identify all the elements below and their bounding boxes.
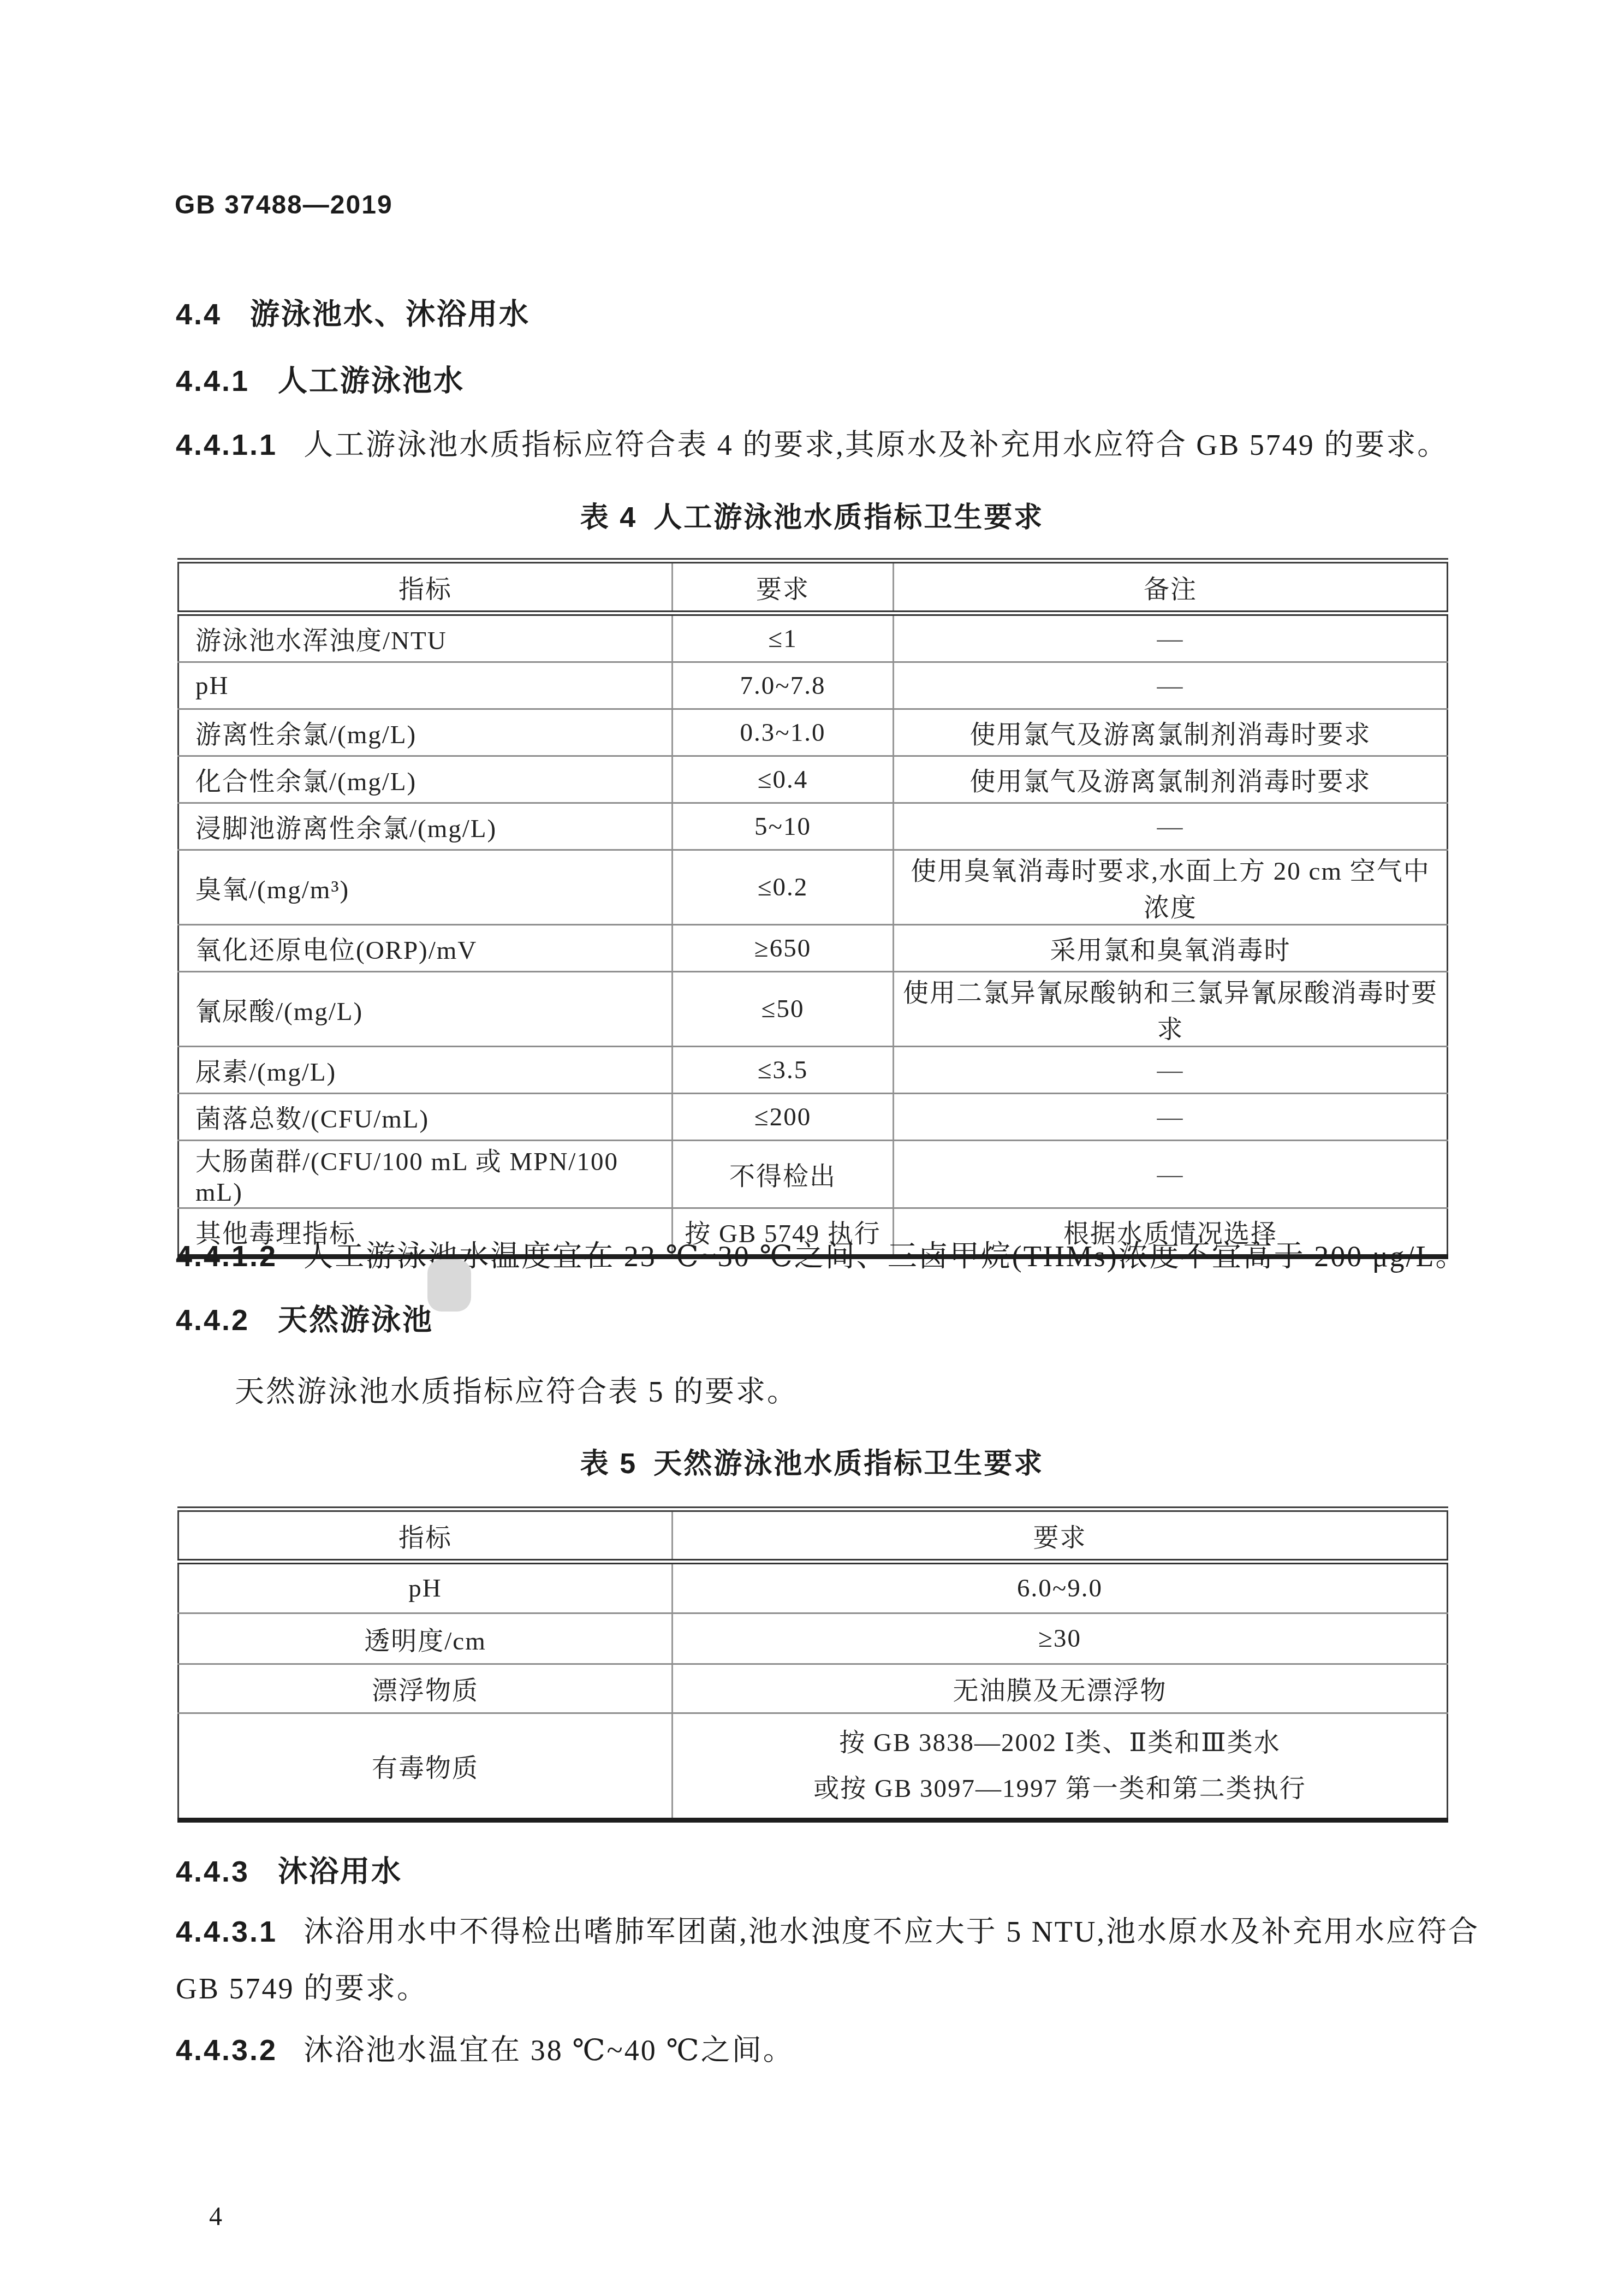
section-title: 沐浴用水 [278,1855,402,1888]
table-artificial-pool-indicators: 指标要求备注游泳池水浑浊度/NTU≤1—pH7.0~7.8—游离性余氯/(mg/… [177,558,1448,1259]
table-cell: — [894,1094,1448,1141]
table-cell: 浸脚池游离性余氯/(mg/L) [179,803,673,850]
table5-caption-label: 表 5 [580,1448,637,1480]
table-row: 浸脚池游离性余氯/(mg/L)5~10— [179,803,1448,850]
table-cell: 5~10 [673,803,894,850]
table-row: 尿素/(mg/L)≤3.5— [179,1047,1448,1094]
table-natural-pool-indicators: 指标要求pH6.0~9.0透明度/cm≥30漂浮物质无油膜及无漂浮物有毒物质按 … [177,1506,1448,1823]
table-row: 透明度/cm≥30 [179,1613,1448,1664]
section-heading-4-4-1: 4.4.1人工游泳池水 [176,358,465,400]
paragraph-4-4-2: 天然游泳池水质指标应符合表 5 的要求。 [235,1368,798,1410]
section-heading-4-4-3: 4.4.3沐浴用水 [176,1848,402,1890]
table-header-cell: 要求 [673,1509,1448,1562]
table4-caption: 表 4人工游泳池水质指标卫生要求 [177,494,1447,535]
table-header-cell: 要求 [673,561,894,613]
table-cell: — [894,803,1448,850]
table-row: 游离性余氯/(mg/L)0.3~1.0使用氯气及游离氯制剂消毒时要求 [179,709,1448,756]
table-cell: ≤0.2 [673,850,894,925]
document-page: GB 37488—2019 4.4游泳池水、沐浴用水 4.4.1人工游泳池水 4… [0,0,1624,2296]
table-row: 氰尿酸/(mg/L)≤50使用二氯异氰尿酸钠和三氯异氰尿酸消毒时要求 [179,972,1448,1047]
paragraph-4-4-3-2: 4.4.3.2沐浴池水温宜在 38 ℃~40 ℃之间。 [176,2027,794,2069]
table-cell-line: 按 GB 3838—2002 Ⅰ类、Ⅱ类和Ⅲ类水 [680,1720,1440,1766]
page-number: 4 [209,2202,222,2232]
table-cell: 使用二氯异氰尿酸钠和三氯异氰尿酸消毒时要求 [894,972,1448,1047]
table-row: 有毒物质按 GB 3838—2002 Ⅰ类、Ⅱ类和Ⅲ类水或按 GB 3097—1… [179,1713,1448,1820]
table-cell: 使用臭氧消毒时要求,水面上方 20 cm 空气中浓度 [894,850,1448,925]
table-cell: 透明度/cm [179,1613,673,1664]
table-cell: 使用氯气及游离氯制剂消毒时要求 [894,709,1448,756]
section-number: 4.4.2 [176,1304,249,1337]
section-number: 4.4.3 [176,1855,249,1888]
section-number: 4.4 [176,298,222,331]
clause-line-2: GB 5749 的要求。 [176,1960,1479,2017]
table-cell: ≤200 [673,1094,894,1141]
table-row: 氧化还原电位(ORP)/mV≥650采用氯和臭氧消毒时 [179,925,1448,972]
table-cell: 无油膜及无漂浮物 [673,1664,1448,1713]
table-cell: 游离性余氯/(mg/L) [179,709,673,756]
table5-caption: 表 5天然游泳池水质指标卫生要求 [177,1440,1447,1481]
table-header-row: 指标要求备注 [179,561,1448,613]
table-header-cell: 指标 [179,561,673,613]
table-cell: 采用氯和臭氧消毒时 [894,925,1448,972]
table4-caption-label: 表 4 [580,502,637,533]
clause-number: 4.4.1.1 [176,429,277,461]
clause-text: 沐浴池水温宜在 38 ℃~40 ℃之间。 [304,2034,794,2067]
table-cell: — [894,1047,1448,1094]
table-cell: 漂浮物质 [179,1664,673,1713]
clause-number: 4.4.1.2 [176,1240,277,1273]
table-row: 漂浮物质无油膜及无漂浮物 [179,1664,1448,1713]
paragraph-4-4-3-1: 4.4.3.1沐浴用水中不得检出嗜肺军团菌,池水浊度不应大于 5 NTU,池水原… [176,1903,1479,2017]
table-cell: 氧化还原电位(ORP)/mV [179,925,673,972]
table-cell: 化合性余氯/(mg/L) [179,756,673,803]
table-cell: 臭氧/(mg/m³) [179,850,673,925]
section-title: 人工游泳池水 [278,365,465,398]
table-cell: 7.0~7.8 [673,662,894,709]
section-heading-4-4: 4.4游泳池水、沐浴用水 [176,291,530,333]
table-cell: 有毒物质 [179,1713,673,1820]
table-row: pH7.0~7.8— [179,662,1448,709]
table-row: 游泳池水浑浊度/NTU≤1— [179,613,1448,662]
table-row: 化合性余氯/(mg/L)≤0.4使用氯气及游离氯制剂消毒时要求 [179,756,1448,803]
table-cell: — [894,613,1448,662]
table-cell: ≤3.5 [673,1047,894,1094]
table-cell: 尿素/(mg/L) [179,1047,673,1094]
section-title: 游泳池水、沐浴用水 [250,298,530,331]
table5-caption-text: 天然游泳池水质指标卫生要求 [653,1448,1044,1480]
table-cell: 使用氯气及游离氯制剂消毒时要求 [894,756,1448,803]
table-row: 大肠菌群/(CFU/100 mL 或 MPN/100 mL)不得检出— [179,1141,1448,1208]
section-title: 天然游泳池 [278,1304,433,1337]
clause-text: 人工游泳池水质指标应符合表 4 的要求,其原水及补充用水应符合 GB 5749 … [304,429,1448,461]
section-number: 4.4.1 [176,365,249,398]
clause-text: 人工游泳池水温度宜在 23 ℃~30 ℃之间、三卤甲烷(THMs)浓度不宜高于 … [304,1240,1466,1273]
table-row: 臭氧/(mg/m³)≤0.2使用臭氧消毒时要求,水面上方 20 cm 空气中浓度 [179,850,1448,925]
clause-number: 4.4.3.1 [176,1915,277,1948]
table-cell: pH [179,1562,673,1613]
clause-line-1: 4.4.3.1沐浴用水中不得检出嗜肺军团菌,池水浊度不应大于 5 NTU,池水原… [176,1903,1479,1960]
table-header-cell: 指标 [179,1509,673,1562]
section-heading-4-4-2: 4.4.2天然游泳池 [176,1297,433,1339]
clause-text: GB 5749 的要求。 [176,1972,428,2005]
doc-code: GB 37488—2019 [175,190,393,220]
paragraph-4-4-1-2: 4.4.1.2人工游泳池水温度宜在 23 ℃~30 ℃之间、三卤甲烷(THMs)… [176,1233,1467,1275]
table-cell: 大肠菌群/(CFU/100 mL 或 MPN/100 mL) [179,1141,673,1208]
table-cell: — [894,1141,1448,1208]
table4-caption-text: 人工游泳池水质指标卫生要求 [653,502,1044,533]
table-row: pH6.0~9.0 [179,1562,1448,1613]
table-cell-line: 或按 GB 3097—1997 第一类和第二类执行 [680,1766,1440,1812]
clause-text: 天然游泳池水质指标应符合表 5 的要求。 [235,1375,798,1408]
table-cell: 不得检出 [673,1141,894,1208]
table-row: 菌落总数/(CFU/mL)≤200— [179,1094,1448,1141]
table-cell: 0.3~1.0 [673,709,894,756]
table-cell: ≤1 [673,613,894,662]
table-cell: 按 GB 3838—2002 Ⅰ类、Ⅱ类和Ⅲ类水或按 GB 3097—1997 … [673,1713,1448,1820]
table-cell: ≥650 [673,925,894,972]
table-header-row: 指标要求 [179,1509,1448,1562]
table-cell: 氰尿酸/(mg/L) [179,972,673,1047]
clause-number: 4.4.3.2 [176,2034,277,2067]
table-cell: — [894,662,1448,709]
scan-smudge-artifact [427,1259,471,1312]
table-cell: ≤50 [673,972,894,1047]
clause-text: 沐浴用水中不得检出嗜肺军团菌,池水浊度不应大于 5 NTU,池水原水及补充用水应… [304,1915,1479,1948]
table-cell: 6.0~9.0 [673,1562,1448,1613]
table-cell: pH [179,662,673,709]
paragraph-4-4-1-1: 4.4.1.1人工游泳池水质指标应符合表 4 的要求,其原水及补充用水应符合 G… [176,422,1448,464]
table-header-cell: 备注 [894,561,1448,613]
table-cell: ≤0.4 [673,756,894,803]
table-cell: 菌落总数/(CFU/mL) [179,1094,673,1141]
table-cell: ≥30 [673,1613,1448,1664]
table-cell: 游泳池水浑浊度/NTU [179,613,673,662]
